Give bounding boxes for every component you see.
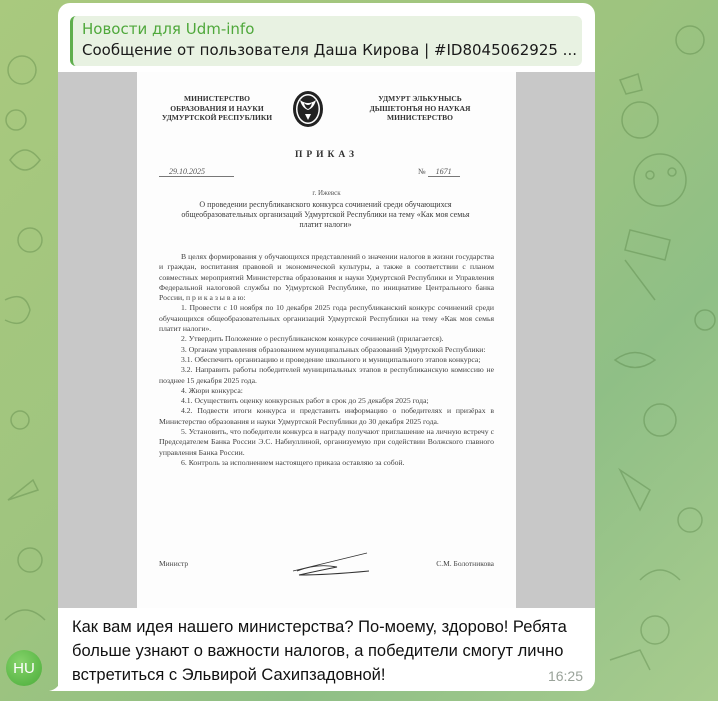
reply-preview[interactable]: Новости для Udm-info Сообщение от пользо… (70, 16, 582, 66)
signature-row: Министр С.М. Болотникова (159, 559, 494, 589)
header-right-line: ДЫШЕТОНЪЯ НО НАУКАЯ (360, 104, 480, 114)
reply-text: Сообщение от пользователя Даша Кирова | … (82, 40, 582, 61)
message-text: Как вам идея нашего министерства? По-мое… (72, 615, 587, 687)
signer-title: Министр (159, 559, 188, 568)
attached-photo[interactable]: МИНИСТЕРСТВО ОБРАЗОВАНИЯ И НАУКИ УДМУРТС… (58, 72, 595, 608)
sender-avatar[interactable]: HU (6, 650, 42, 686)
message-time: 16:25 (548, 668, 583, 684)
order-paragraph: 2. Утвердить Положение о республиканском… (159, 334, 494, 344)
order-date: 29.10.2025 (159, 167, 234, 177)
signer-name: С.М. Болотникова (436, 559, 494, 568)
header-left-line: УДМУРТСКОЙ РЕСПУБЛИКИ (157, 113, 277, 123)
header-right-line: МИНИСТЕРСТВО (360, 113, 480, 123)
order-paragraph: 6. Контроль за исполнением настоящего пр… (159, 458, 494, 468)
order-paragraph: 3. Органам управления образованием муниц… (159, 345, 494, 355)
order-number-value: 1671 (428, 167, 460, 177)
order-paragraph: 1. Провести с 10 ноября по 10 декабря 20… (159, 303, 494, 334)
header-left-line: МИНИСТЕРСТВО (157, 94, 277, 104)
order-paragraph: 3.2. Направить работы победителей муници… (159, 365, 494, 386)
signature-icon (287, 549, 377, 579)
order-paragraph: 4.1. Осуществить оценку конкурсных работ… (159, 396, 494, 406)
order-subject: О проведении республиканского конкурса с… (175, 200, 476, 230)
order-paragraph: В целях формирования у обучающихся предс… (159, 252, 494, 303)
reply-sender: Новости для Udm-info (82, 19, 582, 40)
order-city: г. Ижевск (137, 189, 516, 197)
document-header: МИНИСТЕРСТВО ОБРАЗОВАНИЯ И НАУКИ УДМУРТС… (137, 94, 516, 140)
order-paragraph: 5. Установить, что победители конкурса в… (159, 427, 494, 458)
emblem-icon (292, 90, 324, 128)
header-left: МИНИСТЕРСТВО ОБРАЗОВАНИЯ И НАУКИ УДМУРТС… (157, 94, 277, 123)
order-number: № 1671 (418, 167, 466, 176)
order-paragraph: 4.2. Подвести итоги конкурса и представи… (159, 406, 494, 427)
order-body: В целях формирования у обучающихся предс… (159, 252, 494, 468)
header-right: УДМУРТ ЭЛЬКУНЫСЬ ДЫШЕТОНЪЯ НО НАУКАЯ МИН… (360, 94, 480, 123)
document-page: МИНИСТЕРСТВО ОБРАЗОВАНИЯ И НАУКИ УДМУРТС… (137, 72, 516, 608)
order-paragraph: 4. Жюри конкурса: (159, 386, 494, 396)
message-bubble[interactable]: Новости для Udm-info Сообщение от пользо… (58, 3, 595, 691)
order-title: ПРИКАЗ (137, 150, 516, 160)
header-right-line: УДМУРТ ЭЛЬКУНЫСЬ (360, 94, 480, 104)
order-paragraph: 3.1. Обеспечить организацию и проведение… (159, 355, 494, 365)
header-left-line: ОБРАЗОВАНИЯ И НАУКИ (157, 104, 277, 114)
order-number-label: № (418, 167, 426, 176)
